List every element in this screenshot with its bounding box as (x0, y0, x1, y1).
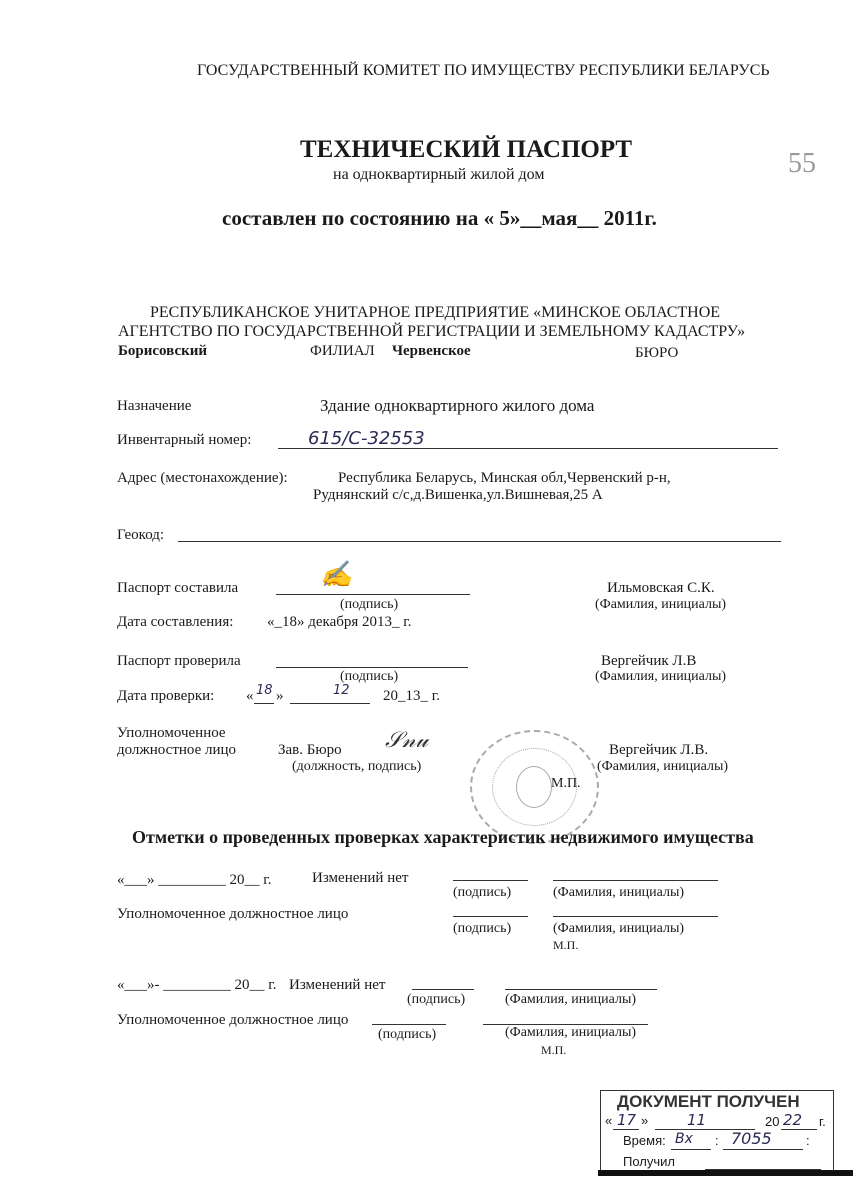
checked-date-month: 12 (333, 683, 350, 698)
scan-edge-bar (598, 1170, 853, 1176)
authorized-label-line-1: Уполномоченное (117, 725, 226, 742)
received-by-label: Получил (623, 1154, 675, 1169)
check-2-name-caption-2: (Фамилия, инициалы) (505, 1025, 636, 1041)
check-1-seal: М.П. (553, 938, 578, 953)
committee-header: ГОСУДАРСТВЕННЫЙ КОМИТЕТ ПО ИМУЩЕСТВУ РЕС… (197, 62, 770, 80)
received-year-suffix: 22 (783, 1111, 802, 1129)
check-2-date: «___»- _________ 20__ г. (117, 977, 276, 994)
bureau-label: БЮРО (635, 345, 678, 362)
inventory-value: 615/С-32553 (308, 428, 425, 449)
received-year-prefix: 20 (765, 1114, 779, 1129)
purpose-value: Здание одноквартирного жилого дома (320, 396, 594, 416)
authorized-label-line-2: должностное лицо (117, 742, 236, 759)
page-number: 55 (788, 148, 816, 180)
received-year-unit: г. (819, 1114, 826, 1129)
check-1-signature-caption: (подпись) (453, 885, 511, 901)
state-as-of: составлен по состоянию на « 5»__мая__ 20… (222, 206, 657, 231)
check-2-seal: М.П. (541, 1043, 566, 1058)
purpose-label: Назначение (117, 398, 191, 415)
check-1-date: «___» _________ 20__ г. (117, 872, 271, 889)
authorized-position-caption: (должность, подпись) (292, 759, 421, 775)
received-time-label: Время: (623, 1133, 666, 1148)
received-time-value-1: Вх (675, 1131, 693, 1147)
check-1-name-line (553, 880, 718, 881)
check-2-official: Уполномоченное должностное лицо (117, 1012, 348, 1029)
address-line-2: Руднянский с/с,д.Вишенка,ул.Вишневая,25 … (313, 487, 603, 504)
check-1-signature-caption-2: (подпись) (453, 921, 511, 937)
geocode-label: Геокод: (117, 527, 164, 544)
checked-date-year: 20_13_ г. (383, 688, 440, 705)
received-day: 17 (617, 1111, 636, 1129)
received-time-value-2: 7055 (731, 1129, 772, 1148)
checked-signature-line (276, 667, 468, 668)
document-received-stamp: ДОКУМЕНТ ПОЛУЧЕН « 17 » 11 20 22 г. Врем… (600, 1090, 834, 1173)
received-stamp-title: ДОКУМЕНТ ПОЛУЧЕН (617, 1092, 800, 1112)
checks-section-title: Отметки о проведенных проверках характер… (132, 827, 754, 848)
authorized-name-caption: (Фамилия, инициалы) (597, 759, 728, 775)
compiled-signature: ✍ (320, 560, 352, 590)
geocode-field (178, 541, 781, 542)
check-2-signature-caption-2: (подпись) (378, 1027, 436, 1043)
check-1-no-changes: Изменений нет (312, 870, 408, 887)
authorized-position: Зав. Бюро (278, 742, 342, 759)
checked-name: Вергейчик Л.В (601, 653, 696, 670)
authorized-name: Вергейчик Л.В. (609, 742, 708, 759)
organization-line-2: АГЕНТСТВО ПО ГОСУДАРСТВЕННОЙ РЕГИСТРАЦИИ… (118, 323, 745, 341)
document-subtitle: на одноквартирный жилой дом (333, 166, 544, 184)
checked-label: Паспорт проверила (117, 653, 241, 670)
document-title: ТЕХНИЧЕСКИЙ ПАСПОРТ (300, 136, 632, 164)
compiled-signature-line (276, 594, 470, 595)
compiled-label: Паспорт составила (117, 580, 238, 597)
check-2-no-changes: Изменений нет (289, 977, 385, 994)
organization-line-1: РЕСПУБЛИКАНСКОЕ УНИТАРНОЕ ПРЕДПРИЯТИЕ «М… (150, 304, 720, 322)
authorized-signature: 𝒮𝓃𝓊 (385, 728, 428, 753)
checked-date-day: 18 (256, 683, 273, 698)
compiled-date-value: «_18» декабря 2013_ г. (267, 614, 412, 631)
compiled-signature-caption: (подпись) (340, 597, 398, 613)
authorized-seal: М.П. (551, 776, 581, 792)
inventory-label: Инвентарный номер: (117, 432, 251, 449)
compiled-name: Ильмовская С.К. (607, 580, 715, 597)
branch-label: ФИЛИАЛ (310, 343, 375, 360)
compiled-name-caption: (Фамилия, инициалы) (595, 597, 726, 613)
checked-date-label: Дата проверки: (117, 688, 214, 705)
checked-name-caption: (Фамилия, инициалы) (595, 669, 726, 685)
check-1-name-caption-2: (Фамилия, инициалы) (553, 921, 684, 937)
branch-name: Борисовский (118, 343, 207, 360)
check-2-signature-caption: (подпись) (407, 992, 465, 1008)
check-1-official: Уполномоченное должностное лицо (117, 906, 348, 923)
check-1-name-caption: (Фамилия, инициалы) (553, 885, 684, 901)
check-2-name-caption: (Фамилия, инициалы) (505, 992, 636, 1008)
address-line-1: Республика Беларусь, Минская обл,Червенс… (338, 470, 671, 487)
address-label: Адрес (местонахождение): (117, 470, 288, 487)
compiled-date-label: Дата составления: (117, 614, 233, 631)
check-1-signature-line (453, 880, 528, 881)
received-month: 11 (687, 1111, 706, 1129)
bureau-name: Червенское (392, 343, 471, 360)
